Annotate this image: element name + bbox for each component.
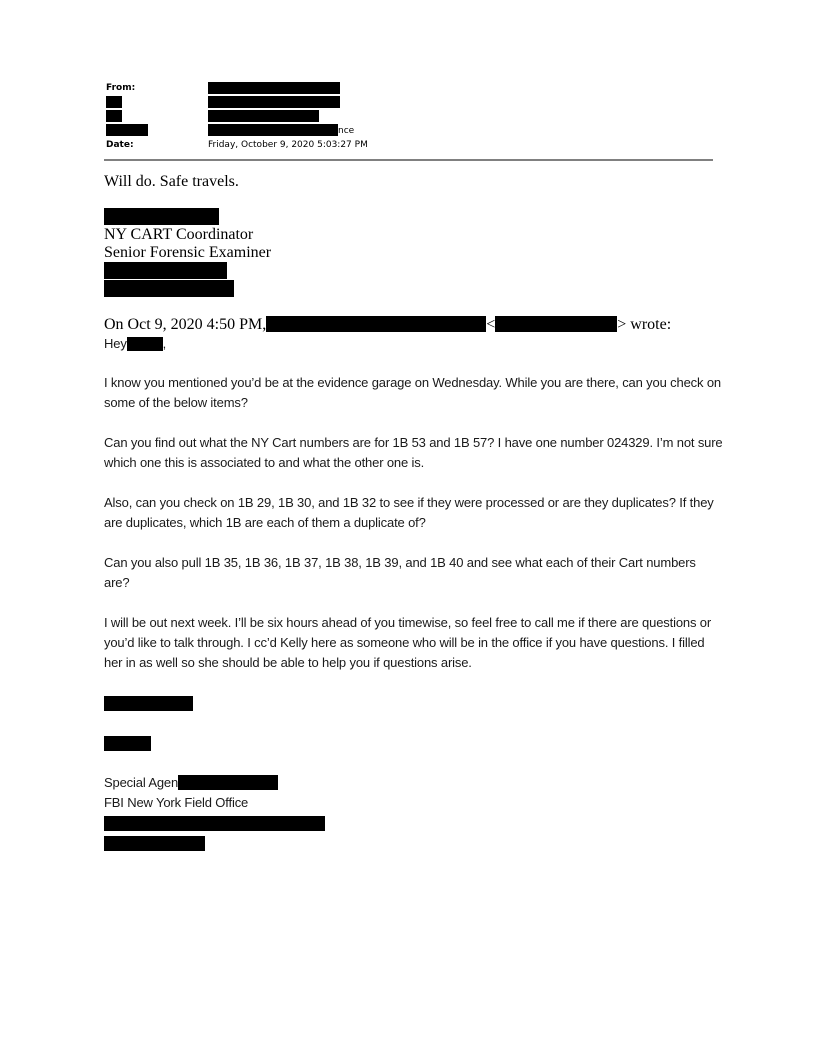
redacted-to-value bbox=[208, 96, 340, 108]
attribution-lt: < bbox=[486, 316, 495, 333]
date-value: Friday, October 9, 2020 5:03:27 PM bbox=[208, 140, 368, 150]
signature-role: Senior Forensic Examiner bbox=[104, 244, 271, 262]
redacted-signature-line-2 bbox=[104, 280, 234, 297]
quoted-paragraph-2: Can you find out what the NY Cart number… bbox=[104, 433, 724, 473]
header-divider bbox=[104, 159, 713, 161]
greeting-suffix: , bbox=[163, 336, 166, 351]
greeting: Hey, bbox=[104, 334, 724, 354]
attribution-prefix: On Oct 9, 2020 4:50 PM, bbox=[104, 316, 266, 333]
redacted-original-sender bbox=[266, 316, 486, 332]
date-label: Date: bbox=[106, 140, 134, 150]
redacted-recipient-name bbox=[127, 337, 163, 351]
redacted-phone bbox=[104, 836, 205, 851]
reply-text: Will do. Safe travels. bbox=[104, 173, 239, 191]
signature-title-prefix: Special Agen bbox=[104, 775, 178, 790]
redacted-sender-first-name bbox=[104, 736, 151, 751]
attribution-suffix: > wrote: bbox=[617, 316, 671, 333]
quoted-paragraph-1: I know you mentioned you’d be at the evi… bbox=[104, 373, 724, 413]
redacted-cc-label bbox=[106, 110, 122, 122]
redacted-from-value bbox=[208, 82, 340, 94]
quoted-paragraph-5: I will be out next week. I’ll be six hou… bbox=[104, 613, 724, 673]
redacted-closing bbox=[104, 696, 193, 711]
quoted-signature-title: Special Agen bbox=[104, 773, 724, 793]
quoted-paragraph-4: Can you also pull 1B 35, 1B 36, 1B 37, 1… bbox=[104, 553, 724, 593]
redacted-sender-name bbox=[104, 208, 219, 225]
quoted-signature-office: FBI New York Field Office bbox=[104, 793, 724, 813]
redacted-agent-name bbox=[178, 775, 278, 790]
quote-attribution: On Oct 9, 2020 4:50 PM,<> wrote: bbox=[104, 316, 671, 334]
from-label: From: bbox=[106, 83, 135, 93]
redacted-to-label bbox=[106, 96, 122, 108]
signature-title: NY CART Coordinator bbox=[104, 226, 253, 244]
subject-fragment: nce bbox=[338, 126, 354, 136]
greeting-prefix: Hey bbox=[104, 336, 127, 351]
redacted-cc-value bbox=[208, 110, 319, 122]
quoted-paragraph-3: Also, can you check on 1B 29, 1B 30, and… bbox=[104, 493, 724, 533]
redacted-office-address bbox=[104, 816, 325, 831]
redacted-subject-value bbox=[208, 124, 338, 136]
redacted-original-email bbox=[495, 316, 617, 332]
redacted-signature-line-1 bbox=[104, 262, 227, 279]
redacted-subject-label bbox=[106, 124, 148, 136]
